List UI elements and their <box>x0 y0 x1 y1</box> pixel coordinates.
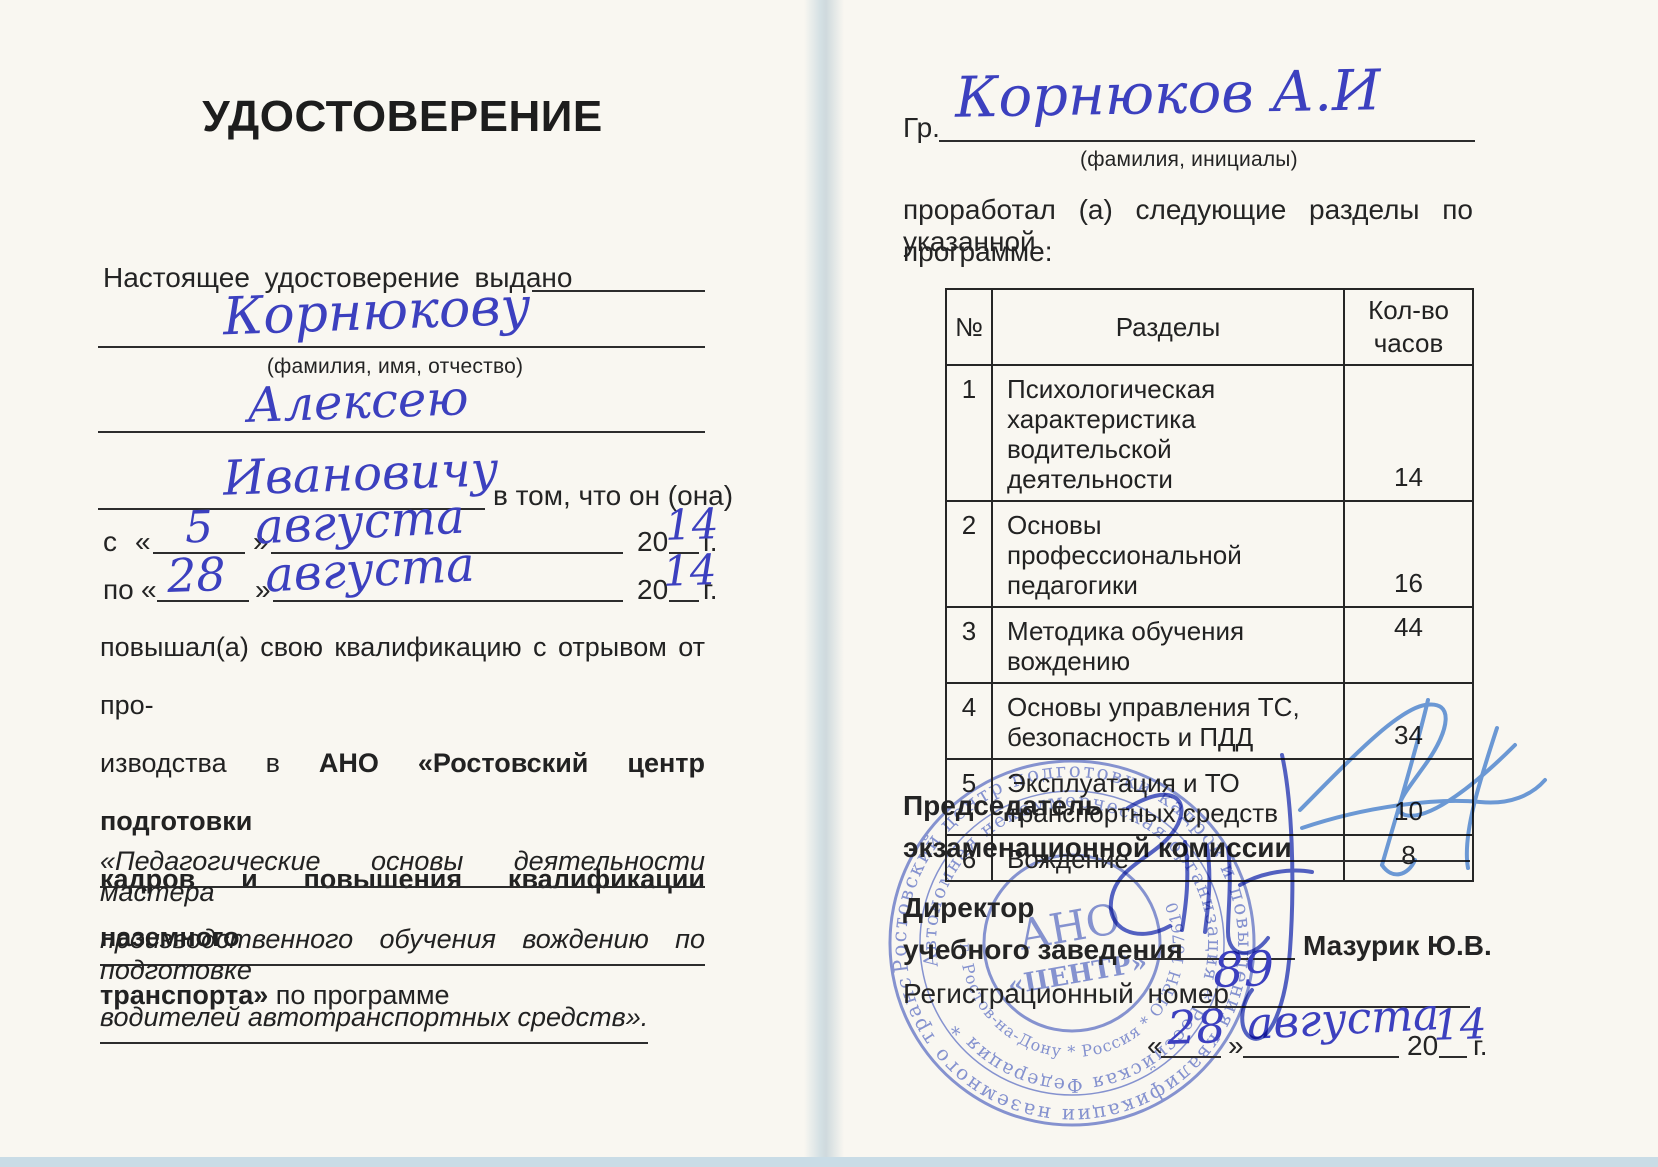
gr-prefix: Гр. <box>903 112 940 144</box>
issued-blank-line <box>532 290 705 292</box>
header-hours: Кол-во часов <box>1344 289 1473 365</box>
director-label-line1: Директор <box>903 892 1034 924</box>
gr-name-line <box>939 140 1475 142</box>
handwritten-from-year: 14 <box>664 499 719 550</box>
signatures-overlay <box>1050 665 1570 1085</box>
handwritten-to-month: августа <box>264 537 476 604</box>
left-page: УДОСТОВЕРЕНИЕ Настоящее удостоверение вы… <box>95 0 710 1167</box>
director-signature <box>1111 755 1312 1039</box>
table-header-row: № Разделы Кол-во часов <box>946 289 1473 365</box>
row-section: Основы профессиональной педагогики <box>992 501 1344 607</box>
table-row: 1 Психологическая характеристика водител… <box>946 365 1473 501</box>
to-year-line <box>669 600 699 602</box>
row-num: 2 <box>946 501 992 607</box>
gr-caption: (фамилия, инициалы) <box>1080 148 1295 172</box>
row-num: 1 <box>946 365 992 501</box>
right-page: Гр. Корнюков А.И (фамилия, инициалы) про… <box>895 0 1510 1167</box>
chairman-signature <box>1300 700 1545 874</box>
row-hours: 16 <box>1344 501 1473 607</box>
certificate-scan: УДОСТОВЕРЕНИЕ Настоящее удостоверение вы… <box>0 0 1658 1167</box>
handwritten-to-day: 28 <box>166 547 226 603</box>
body-line-2: изводства в АНО «Ростовский центр подгот… <box>100 734 705 850</box>
certificate-title: УДОСТОВЕРЕНИЕ <box>95 92 710 142</box>
name-line-2 <box>98 431 705 433</box>
worked-line-2: программе: <box>903 236 1053 268</box>
program-line-1: «Педагогические основы деятельности маст… <box>100 846 705 888</box>
row-num: 4 <box>946 683 992 759</box>
header-num: № <box>946 289 992 365</box>
to-quote-open: « <box>141 574 157 606</box>
from-prefix: с <box>103 526 117 558</box>
handwritten-first-name: Алексею <box>246 370 469 434</box>
program-line-2: производственного обучения вождению по п… <box>100 924 705 966</box>
from-quote-open: « <box>135 526 151 558</box>
handwritten-to-year: 14 <box>662 545 717 596</box>
row-num: 3 <box>946 607 992 683</box>
handwritten-from-day: 5 <box>184 502 214 554</box>
scan-bottom-edge <box>0 1157 1658 1167</box>
header-sections: Разделы <box>992 289 1344 365</box>
program-line-3: водителей автотранспортных средств». <box>100 1002 648 1044</box>
body-line-1: повышал(а) свою квалификацию с отрывом о… <box>100 618 705 734</box>
handwritten-gr-name: Корнюков А.И <box>954 58 1381 130</box>
name-line-1 <box>98 346 705 348</box>
handwritten-surname: Корнюкову <box>222 277 532 348</box>
table-row: 2 Основы профессиональной педагогики 16 <box>946 501 1473 607</box>
row-section: Психологическая характеристика водительс… <box>992 365 1344 501</box>
to-prefix: по <box>103 574 134 606</box>
page-fold <box>804 0 844 1167</box>
row-hours: 14 <box>1344 365 1473 501</box>
